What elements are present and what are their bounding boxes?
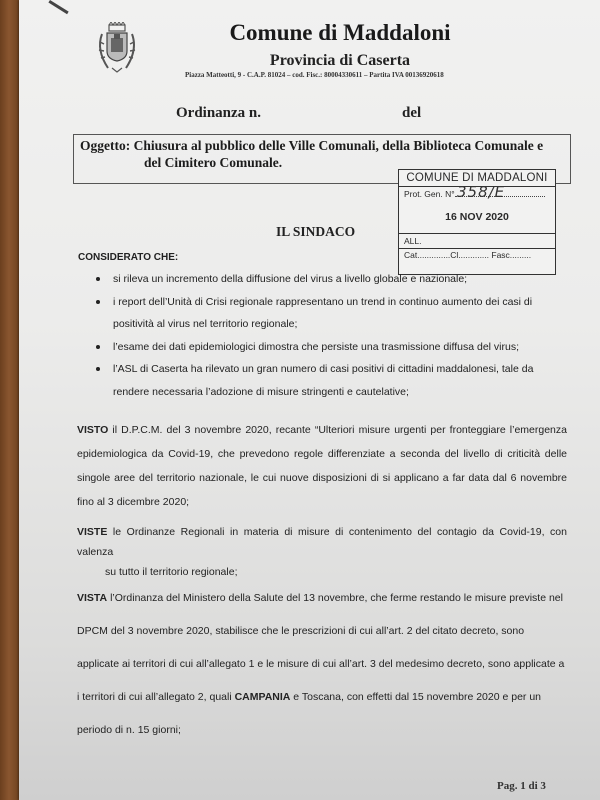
list-item: l’esame dei dati epidemiologici dimostra… <box>96 336 566 359</box>
municipality-title: Comune di Maddaloni <box>160 20 520 46</box>
list-item: si rileva un incremento della diffusione… <box>96 268 566 291</box>
stamp-date: 16 NOV 2020 <box>399 211 555 223</box>
stamp-protocol-row: Prot. Gen. N° 358/E <box>399 189 555 199</box>
viste-keyword: VISTE <box>77 526 107 538</box>
ordinanza-date-label: del <box>402 105 421 122</box>
visto-text: il D.P.C.M. del 3 novembre 2020, recante… <box>77 424 567 508</box>
stamp-protocol-number: 358/E <box>457 183 505 201</box>
list-item: l’ASL di Caserta ha rilevato un gran num… <box>96 358 566 403</box>
viste-text: le Ordinanze Regionali in materia di mis… <box>77 526 567 558</box>
vista-keyword: VISTA <box>77 592 107 604</box>
viste-continuation: su tutto il territorio regionale; <box>77 562 567 582</box>
mayor-heading: IL SINDACO <box>276 224 355 240</box>
desk-background <box>0 0 20 800</box>
visto-keyword: VISTO <box>77 424 108 436</box>
stamp-category: Cat..............Cl............. Fasc...… <box>399 248 555 260</box>
vista-highlight: CAMPANIA <box>235 691 291 703</box>
stamp-attachments: ALL. <box>399 233 555 246</box>
vista-text-before: l’Ordinanza del Ministero della Salute d… <box>77 592 564 703</box>
subject-line-1: Oggetto: Chiusura al pubblico delle Vill… <box>80 138 543 153</box>
stamp-protocol-label: Prot. Gen. N° <box>404 189 455 199</box>
viste-paragraph: VISTE le Ordinanze Regionali in materia … <box>77 522 567 582</box>
ordinanza-number-label: Ordinanza n. <box>176 105 261 122</box>
province-subtitle: Provincia di Caserta <box>160 52 520 70</box>
list-item: i report dell’Unità di Crisi regionale r… <box>96 291 566 336</box>
considerato-list: si rileva un incremento della diffusione… <box>96 268 566 403</box>
coat-of-arms-icon <box>92 22 142 77</box>
page-number: Pag. 1 di 3 <box>497 780 546 792</box>
considerato-heading: CONSIDERATO CHE: <box>78 252 178 263</box>
municipality-address: Piazza Matteotti, 9 - C.A.P. 81024 – cod… <box>185 71 525 79</box>
visto-paragraph: VISTO il D.P.C.M. del 3 novembre 2020, r… <box>77 418 567 514</box>
protocol-stamp: COMUNE DI MADDALONI Prot. Gen. N° 358/E … <box>398 169 556 275</box>
vista-paragraph: VISTA l’Ordinanza del Ministero della Sa… <box>77 582 567 747</box>
